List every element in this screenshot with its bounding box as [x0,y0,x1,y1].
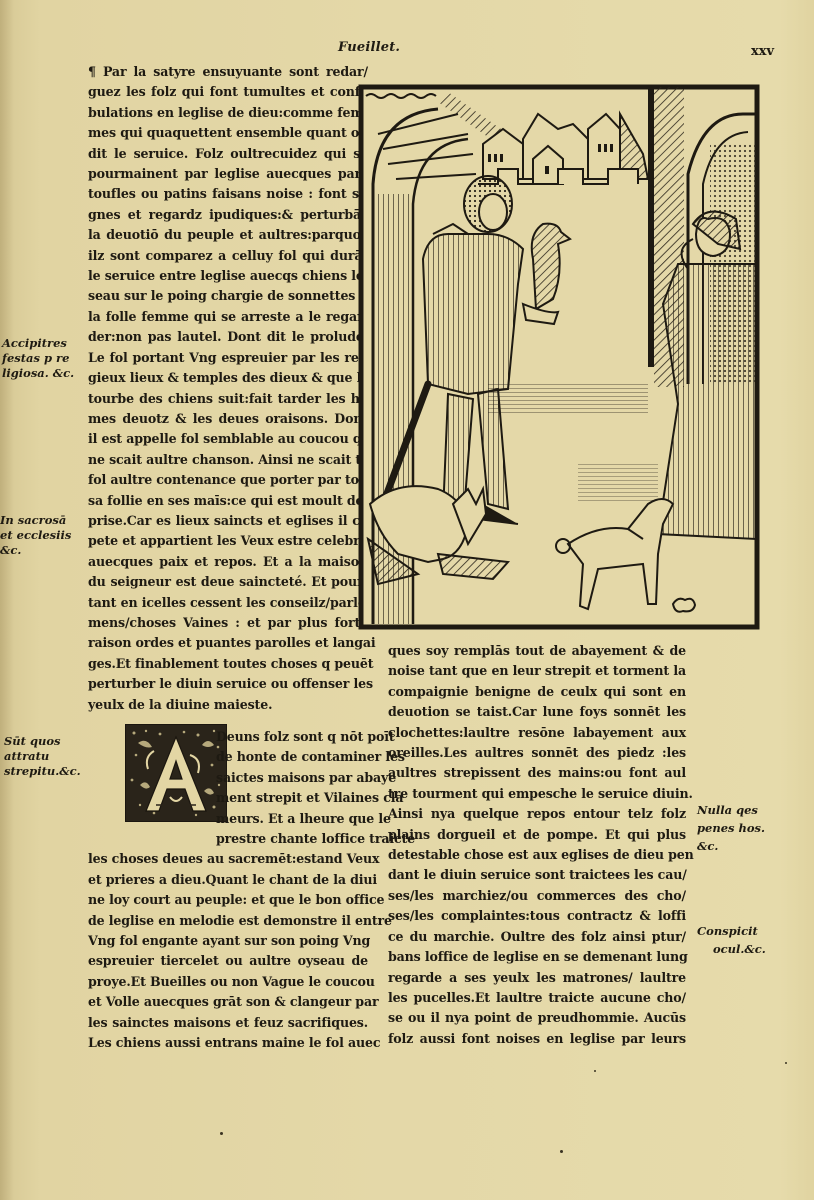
text-line: seau sur le poing chargie de sonnettes e… [88,286,368,306]
text-line: ges.Et finablement toutes choses q peuēt [88,654,368,674]
book-page: Fueillet. xxv ¶ Par la satyre ensuyuante… [0,0,814,1200]
folio-number: xxv [751,44,774,59]
text-line: clochettes:laultre resōne labayement aux [388,723,686,743]
text-line: perturber le diuin seruice ou offenser l… [88,674,368,694]
text-line: dit le seruice. Folz oultrecuidez qui se [88,144,368,164]
text-line: ment strepit et Vilaines cla [88,788,368,808]
text-line: guez les folz qui font tumultes et confa [88,82,368,102]
text-line: Les chiens aussi entrans maine le fol au… [88,1033,368,1053]
text-line: bans loffice de leglise en se demenant l… [388,947,686,967]
gloss-line: ocul.&c. [697,940,766,958]
left-column-paragraph-1: ¶ Par la satyre ensuyuante sont redar/ g… [88,62,368,715]
gloss-line: strepitu.&c. [4,764,81,779]
text-line: Deuns folz sont q nōt poīt [88,727,368,747]
text-line: ne loy court au peuple: et que le bon of… [88,890,368,910]
text-line: tant en icelles cessent les conseilz/par… [88,593,368,613]
text-line: aultres strepissent des mains:ou font au… [388,763,686,783]
text-line: pete et appartient les Veux estre celebr… [88,531,368,551]
text-line: compaignie benigne de ceulx qui sont en [388,682,686,702]
text-line: et prieres a dieu.Quant le chant de la d… [88,870,368,890]
text-line: du seigneur est deue saincteté. Et pour/ [88,572,368,592]
gloss-line: attratu [4,749,81,764]
paper-speck [220,1132,223,1135]
gloss-line: In sacrosā [0,513,71,528]
text-line: deuotion se taist.Car lune foys sonnēt l… [388,702,686,722]
text-line: gieux lieux & temples des dieux & que la [88,368,368,388]
text-line: tourbe des chiens suit:fait tarder les h… [88,389,368,409]
gloss-line: penes hos. [697,819,765,837]
left-column-paragraph-2: Deuns folz sont q nōt poīt de honte de c… [88,727,368,1054]
text-line: fol aultre contenance que porter par tou… [88,470,368,490]
text-line: detestable chose est aux eglises de dieu… [388,845,686,865]
text-line: mens/choses Vaines : et par plus forte [88,613,368,633]
text-line: les pucelles.Et laultre traicte aucune c… [388,988,686,1008]
text-line: proye.Et Bueilles ou non Vague le coucou [88,972,368,992]
text-line: der:non pas lautel. Dont dit le prolude. [88,327,368,347]
paper-speck [785,1062,787,1064]
margin-gloss-sunt-quos: Sūt quos attratu strepitu.&c. [4,734,81,779]
text-line: ses/les complaintes:tous contractz & lof… [388,906,686,926]
text-line: raison ordes et puantes parolles et lang… [88,633,368,653]
gloss-line: festas p re [2,351,74,366]
gutter-shadow [0,0,14,1200]
text-line: saictes maisons par abaye [88,768,368,788]
text-line: ce du marchie. Oultre des folz ainsi ptu… [388,927,686,947]
text-line: noise tant que en leur strepit et tormen… [388,661,686,681]
text-line: de leglise en melodie est demonstre il e… [88,911,368,931]
text-line: mes qui quaquettent ensemble quant on [88,123,368,143]
gloss-line: ligiosa. &c. [2,366,74,381]
text-line: Le fol portant Vng espreuier par les rel… [88,348,368,368]
gloss-line: &c. [0,543,71,558]
text-line: ques soy remplās tout de abayement & de [388,641,686,661]
text-line: ¶ Par la satyre ensuyuante sont redar/ [88,62,368,82]
text-line: Ainsi nya quelque repos entour telz folz [388,804,686,824]
right-column-text: ques soy remplās tout de abayement & de … [388,641,686,1049]
text-line: plains dorgueil et de pompe. Et qui plus [388,825,686,845]
text-line: sa follie en ses maīs:ce qui est moult d… [88,491,368,511]
text-line: espreuier tiercelet ou aultre oyseau de [88,951,368,971]
text-line: prestre chante loffice traicte [88,829,368,849]
text-line: de honte de contaminer les [88,747,368,767]
text-line: oreilles.Les aultres sonnēt des piedz :l… [388,743,686,763]
margin-gloss-nulla: Nulla qes penes hos. &c. [697,801,765,855]
gloss-line: &c. [697,837,765,855]
text-line: meurs. Et a lheure que le [88,809,368,829]
paper-speck [594,1070,596,1072]
gloss-line: Accipitres [2,336,74,351]
text-line: ilz sont comparez a celluy fol qui durāt [88,246,368,266]
text-line: yeulx de la diuine maieste. [88,695,368,715]
paper-speck [560,1150,563,1153]
margin-gloss-sacrosancta: In sacrosā et ecclesiis &c. [0,513,71,558]
text-line: ne scait aultre chanson. Ainsi ne scait … [88,450,368,470]
text-line: la folle femme qui se arreste a le regar… [88,307,368,327]
margin-gloss-accipitres: Accipitres festas p re ligiosa. &c. [2,336,74,381]
text-line: dant le diuin seruice sont traictees les… [388,865,686,885]
text-line: regarde a ses yeulx les matrones/ laultr… [388,968,686,988]
text-line: bulations en leglise de dieu:comme fem/ [88,103,368,123]
running-head: Fueillet. [338,40,400,55]
text-line: prise.Car es lieux saincts et eglises il… [88,511,368,531]
text-line: gnes et regardz ipudiques:& perturbās [88,205,368,225]
text-line: mes deuotz & les deues oraisons. Dont [88,409,368,429]
text-line: le seruice entre leglise auecqs chiens l… [88,266,368,286]
text-line: se ou il nya point de preudhommie. Aucūs [388,1008,686,1028]
text-line: il est appelle fol semblable au coucou q… [88,429,368,449]
text-line: ses/les marchiez/ou commerces des cho/ [388,886,686,906]
text-line: auecques paix et repos. Et a la maison [88,552,368,572]
gloss-line: Nulla qes [697,801,765,819]
text-line: et Volle auecques grāt son & clangeur pa… [88,992,368,1012]
text-line: Vng fol engante ayant sur son poing Vng [88,931,368,951]
text-line: la deuotiō du peuple et aultres:parquoy [88,225,368,245]
text-line: les choses deues au sacremēt:estand Veux [88,849,368,869]
text-line: les sainctes maisons et feuz sacrifiques… [88,1013,368,1033]
margin-gloss-conspicit: Conspicit ocul.&c. [697,922,766,958]
text-line: toufles ou patins faisans noise : font s… [88,184,368,204]
gloss-line: Conspicit [697,922,766,940]
woodcut-fool-with-falcon-icon [358,84,760,630]
gloss-line: Sūt quos [4,734,81,749]
gloss-line: et ecclesiis [0,528,71,543]
text-line: pourmainent par leglise auecques pan/ [88,164,368,184]
woodcut-illustration [358,84,760,630]
text-line: folz aussi font noises en leglise par le… [388,1029,686,1049]
text-line: tre tourment qui empesche le seruice diu… [388,784,686,804]
